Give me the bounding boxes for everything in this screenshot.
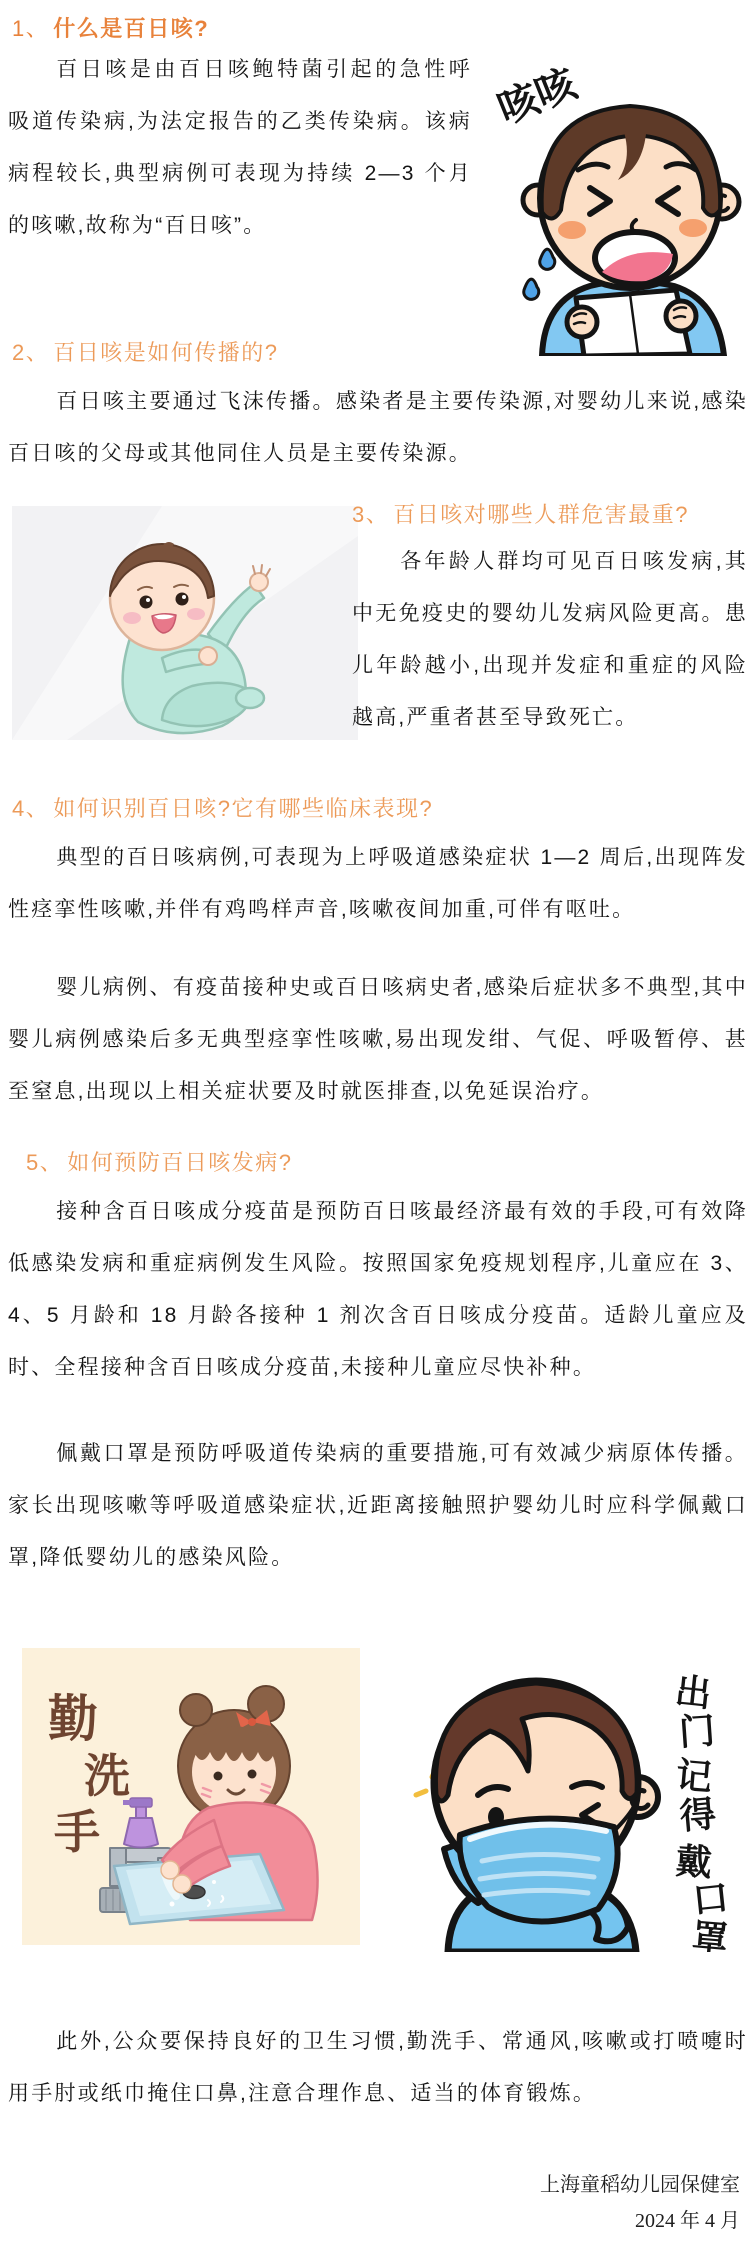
section-1-number: 1、 [12,16,49,41]
section-2-heading: 2、百日咳是如何传播的? [12,336,279,367]
mask-label-char: 罩 [690,1916,729,1952]
girl-hand [173,1875,191,1893]
section-2-paragraph: 百日咳主要通过飞沫传播。感染者是主要传染源,对婴幼儿来说,感染百日咳的父母或其他… [8,376,748,480]
mask-label-char: 记 [674,1754,713,1798]
mask-label-char: 出 [673,1670,713,1715]
mask-label-char: 门 [678,1710,717,1753]
section-4-number: 4、 [12,796,49,821]
mask-label-char: 口 [691,1876,731,1921]
section-4-paragraph-2: 婴儿病例、有疫苗接种史或百日咳病史者,感染后症状多不典型,其中婴儿病例感染后多无… [8,962,748,1118]
front-hand [199,647,217,665]
girl-eye [248,1770,257,1779]
section-3-heading: 3、百日咳对哪些人群危害最重? [352,498,689,529]
coughing-boy-icon: 咳咳 [478,48,750,356]
wash-hands-illustration: 勤 洗 手 [22,1648,360,1945]
section-4-paragraph-1: 典型的百日咳病例,可表现为上呼吸道感染症状 1—2 周后,出现阵发性痉挛性咳嗽,… [8,832,748,936]
soap-pump [130,1798,152,1807]
droplet [540,249,555,269]
wash-label-char: 洗 [84,1750,130,1802]
wash-label-char: 勤 [48,1691,98,1747]
section-2-number: 2、 [12,340,49,365]
section-1-heading: 1、什么是百日咳? [12,12,209,43]
girl-washing-hands-icon: 勤 洗 手 [22,1648,360,1945]
section-4-title: 如何识别百日咳?它有哪些临床表现? [53,796,433,821]
section-5-paragraph-1: 接种含百日咳成分疫苗是预防百日咳最经济最有效的手段,可有效降低感染发病和重症病例… [8,1186,748,1394]
section-3-number: 3、 [352,502,389,527]
section-2-title: 百日咳是如何传播的? [53,340,278,365]
footer-date: 2024 年 4 月 [400,2204,740,2233]
left-blush [558,221,586,239]
section-4-heading: 4、如何识别百日咳?它有哪些临床表现? [12,792,433,823]
section-5-heading: 5、如何预防百日咳发病? [26,1146,293,1177]
blush [123,612,141,624]
section-5-title: 如何预防百日咳发病? [67,1150,292,1175]
sitting-baby-icon [12,506,358,740]
closing-paragraph: 此外,公众要保持良好的卫生习惯,勤洗手、常通风,咳嗽或打喷嚏时用手肘或纸巾掩住口… [8,2016,748,2120]
mask-boy-illustration: 出 门 记 得 戴 口 罩 [386,1645,754,1952]
wash-label-char: 手 [54,1806,100,1858]
mask-label-char: 戴 [674,1840,713,1883]
section-1-title: 什么是百日咳? [53,16,209,41]
section-3-paragraph: 各年龄人群均可见百日咳发病,其中无免疫史的婴幼儿发病风险更高。患儿年龄越小,出现… [352,536,748,744]
coughing-boy-illustration: 咳咳 [478,48,750,356]
boy-wearing-mask-icon: 出 门 记 得 戴 口 罩 [386,1645,754,1952]
right-eye [176,593,189,606]
footer-organization: 上海童稻幼儿园保健室 [400,2168,740,2197]
right-blush [679,219,707,237]
foot [236,688,264,708]
left-eye [140,596,153,609]
soap-bottle [124,1818,158,1848]
cough-sound-label: 咳咳 [492,61,584,132]
section-3-title: 百日咳对哪些人群危害最重? [393,502,689,527]
section-5-number: 5、 [26,1150,63,1175]
girl-eye [214,1772,223,1781]
section-1-paragraph: 百日咳是由百日咳鲍特菌引起的急性呼吸道传染病,为法定报告的乙类传染病。该病病程较… [8,44,472,252]
baby-illustration [12,506,358,740]
mask-label-char: 得 [678,1793,717,1837]
droplet [524,279,539,299]
blush [187,608,205,620]
hair-bun [180,1694,212,1726]
section-5-paragraph-2: 佩戴口罩是预防呼吸道传染病的重要措施,可有效减少病原体传播。家长出现咳嗽等呼吸道… [8,1428,748,1584]
